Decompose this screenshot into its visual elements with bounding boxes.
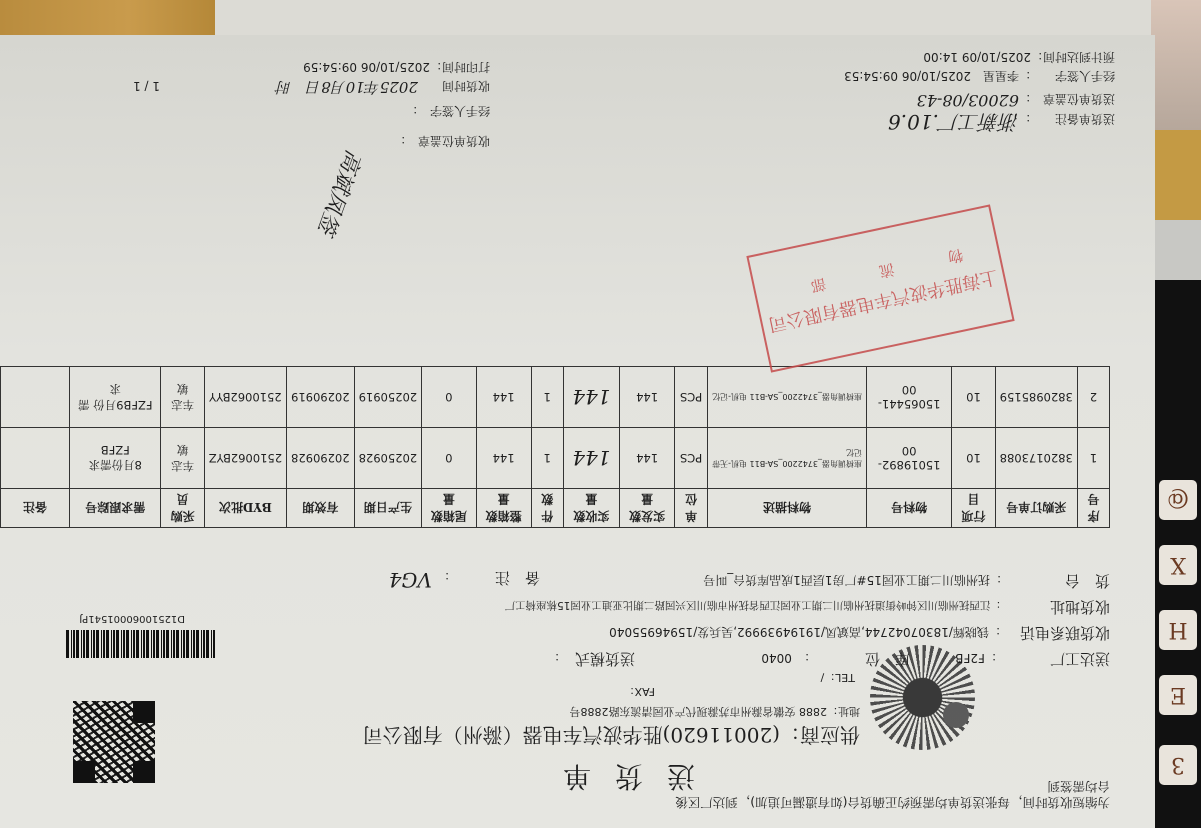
cell-unit: PCS xyxy=(675,428,708,489)
field-value: ：钱晓辉/18307042744,高斌凤/19194939992,吴兵发/159… xyxy=(609,625,1001,639)
supplier-tel: TEL：/ xyxy=(820,670,855,686)
cell-received-qty: 144 xyxy=(563,367,619,428)
col-header: 尾箱数量 xyxy=(422,489,476,528)
col-header: 采购订单号 xyxy=(995,489,1077,528)
cell-buyer: 车志敏 xyxy=(161,428,204,489)
cell-full-box-qty: 144 xyxy=(476,367,531,428)
cell-production-date: 20250928 xyxy=(354,428,422,489)
cell-buyer: 车志敏 xyxy=(161,367,204,428)
field-label: 收货地址 xyxy=(1050,598,1110,616)
field-location: 库 位 ： 0040 xyxy=(761,649,910,670)
footer-value: 浙新工厂.10.6 xyxy=(888,110,1019,134)
cell-line: 10 xyxy=(952,367,995,428)
footer-delivery-seal: 送货单位盖章 ：62003/08-43 xyxy=(917,91,1115,110)
cell-material: 15019892-00 xyxy=(867,428,952,489)
field-value: ： 0040 xyxy=(761,651,810,665)
cell-description: 座椅调角器_3742200_SA-B11 电机-无带记忆 xyxy=(708,428,867,489)
cell-full-box-qty: 144 xyxy=(476,428,531,489)
footer-eta: 预计到达时间：2025/10/09 14:00 xyxy=(923,49,1115,66)
cell-line: 10 xyxy=(952,428,995,489)
cell-pieces: 1 xyxy=(531,367,563,428)
col-header: 需求跟踪号 xyxy=(70,489,161,528)
footer-value: 2025年10月8日 时 xyxy=(276,78,418,96)
col-header: 实收数量 xyxy=(563,489,619,528)
field-label: 送货模式 xyxy=(575,650,635,668)
field-value: ： xyxy=(548,651,560,665)
footer-label: 预计到达时间 xyxy=(1043,50,1115,64)
cell-demand-tracking: FZFB9月份 需求 xyxy=(70,367,161,428)
field-label: 货 台 xyxy=(1065,572,1110,590)
cell-remark xyxy=(1,367,70,428)
field-label: 收货联系电话 xyxy=(1020,624,1110,642)
cell-tail-box-qty: 0 xyxy=(422,428,476,489)
cell-description: 座椅调角器_3742200_SA-B11 电机-记忆 xyxy=(708,367,867,428)
table-row: 1 3820173088 10 15019892-00 座椅调角器_374220… xyxy=(1,428,1110,489)
field-plant: 送达工厂 ：F2FB xyxy=(955,649,1110,670)
footer-label: 送货单备注 xyxy=(1055,112,1115,126)
col-header: 行项目 xyxy=(952,489,995,528)
background-paper xyxy=(215,0,1155,40)
cell-tail-box-qty: 0 xyxy=(422,367,476,428)
supplier: 供应商：(20011620)胜华波汽车电器（滁州）有限公司 xyxy=(363,722,860,751)
field-remark: 备 注 ： VG4 xyxy=(389,568,540,592)
footer-label: 经手人签字 xyxy=(430,104,490,118)
supplier-value: (20011620)胜华波汽车电器（滁州）有限公司 xyxy=(363,723,780,747)
mini-program-logo-icon xyxy=(943,702,969,728)
field-value: ：抚州临川二期工业园15#厂房1层西1成品库货台_叫号 xyxy=(703,573,1002,587)
field-label: 备 注 xyxy=(495,569,540,587)
cell-remark xyxy=(1,428,70,489)
supplier-address: 地址：2888 安徽省滁州市苏滁现代产业园清流东路2888号 xyxy=(570,704,860,720)
keyboard-key: X xyxy=(1159,545,1197,585)
footer-value: 2025/10/06 09:54:59 xyxy=(303,60,430,74)
cell-material: 15065441-00 xyxy=(867,367,952,428)
cell-index: 2 xyxy=(1077,367,1109,428)
col-header: BYD批次 xyxy=(204,489,286,528)
background-keyboard: @ X H E 3 xyxy=(1151,280,1201,828)
field-value: ：江西抚州临川区钟岭街道抚州临川二期工业园江西省抚州市临川区兴园路二期比亚迪工业… xyxy=(505,599,1001,611)
cell-expiry: 20290928 xyxy=(287,428,355,489)
cell-shipped-qty: 144 xyxy=(620,428,675,489)
col-header: 单位 xyxy=(675,489,708,528)
field-address: 收货地址 ：江西抚州临川区钟岭街道抚州临川二期工业园江西省抚州市临川区兴园路二期… xyxy=(505,597,1110,618)
field-label: 库 位 xyxy=(865,650,910,668)
background-wood xyxy=(0,0,215,35)
cell-production-date: 20250919 xyxy=(354,367,422,428)
field-delivery-mode: 送货模式 ： xyxy=(548,649,635,670)
col-header: 实发数量 xyxy=(620,489,675,528)
footer-delivery-remark: 送货单备注 ：浙新工厂.10.6 xyxy=(888,109,1115,138)
field-dock: 货 台 ：抚州临川二期工业园15#厂房1层西1成品库货台_叫号 xyxy=(703,571,1110,592)
keyboard-key: @ xyxy=(1159,480,1197,520)
cell-po: 3820985159 xyxy=(995,367,1077,428)
keyboard-key: 3 xyxy=(1159,745,1197,785)
col-header: 序号 xyxy=(1077,489,1109,528)
notice-line: 为缩短收货时间，每张送货单均需预约正确货台(如有遗漏可追加)，到达厂区後 xyxy=(675,794,1110,810)
col-header: 整箱数量 xyxy=(476,489,531,528)
keyboard-key: H xyxy=(1159,610,1197,650)
cell-shipped-qty: 144 xyxy=(620,367,675,428)
footer-handler: 经手人签字 ：李星星 2025/10/06 09:54:53 xyxy=(844,68,1115,85)
keyboard-key: E xyxy=(1159,675,1197,715)
cell-index: 1 xyxy=(1077,428,1109,489)
col-header: 备注 xyxy=(1,489,70,528)
footer-label: 经手人签字 xyxy=(1055,69,1115,83)
cell-byd-batch: 2510062BYZ xyxy=(204,428,286,489)
footer-value: 李星星 2025/10/06 09:54:53 xyxy=(844,69,1019,83)
delivery-note: 为缩短收货时间，每张送货单均需预约正确货台(如有遗漏可追加)，到达厂区後 台均需… xyxy=(0,35,1155,828)
notice-line: 台均需签到 xyxy=(675,778,1110,794)
supplier-label: 供应商： xyxy=(780,723,860,747)
barcode-icon xyxy=(65,630,215,658)
supplier-fax: FAX： xyxy=(624,684,655,700)
background-metal xyxy=(1151,220,1201,280)
footer-value: 62003/08-43 xyxy=(917,91,1019,110)
footer-receive-time: 收货时间 2025年10月8日 时 xyxy=(276,77,490,98)
footer-value: 2025/10/09 14:00 xyxy=(923,50,1031,64)
company-stamp: 上海胜华波汽车电器有限公司 物 流 部 xyxy=(746,204,1014,372)
footer-print-time: 打印时间：2025/10/06 09:54:59 xyxy=(303,59,490,76)
field-contact: 收货联系电话 ：钱晓辉/18307042744,高斌凤/19194939992,… xyxy=(609,623,1110,644)
background-building xyxy=(1151,0,1201,130)
field-value: ：F2FB xyxy=(955,651,997,665)
field-value: ： VG4 xyxy=(389,570,450,584)
items-table: 序号 采购订单号 行项目 物料号 物料描述 单位 实发数量 实收数量 件数 整箱… xyxy=(0,366,1110,528)
cell-expiry: 20290919 xyxy=(287,367,355,428)
delivery-note-content: 为缩短收货时间，每张送货单均需预约正确货台(如有遗漏可追加)，到达厂区後 台均需… xyxy=(0,35,1155,828)
qr-code-icon xyxy=(73,701,155,783)
background-wood-right xyxy=(1151,130,1201,220)
cell-demand-tracking: 8月份需求 FZFB xyxy=(70,428,161,489)
document-title: 送货单 xyxy=(539,758,695,798)
cell-pieces: 1 xyxy=(531,428,563,489)
col-header: 有效期 xyxy=(287,489,355,528)
footer-label: 收货单位盖章 xyxy=(418,134,490,148)
col-header: 生产日期 xyxy=(354,489,422,528)
field-label: 送达工厂 xyxy=(1050,650,1110,668)
col-header: 物料描述 xyxy=(708,489,867,528)
col-header: 件数 xyxy=(531,489,563,528)
footer-label: 打印时间 xyxy=(442,60,490,74)
cell-byd-batch: 2510062BYY xyxy=(204,367,286,428)
col-header: 物料号 xyxy=(867,489,952,528)
footer-label: 收货时间 xyxy=(442,79,490,93)
notice: 为缩短收货时间，每张送货单均需预约正确货台(如有遗漏可追加)，到达厂区後 台均需… xyxy=(675,778,1110,810)
cell-received-qty: 144 xyxy=(563,428,619,489)
barcode-text: D12510060001541PJ xyxy=(79,613,185,624)
col-header: 采购员 xyxy=(161,489,204,528)
footer-label: 送货单位盖章 xyxy=(1043,92,1115,106)
footer-receiver-sign: 经手人签字 ： xyxy=(406,103,490,120)
page-number: 1 / 1 xyxy=(133,79,160,93)
receiver-signature: 高斌凤签 xyxy=(311,146,370,239)
cell-unit: PCS xyxy=(675,367,708,428)
footer-receiver-seal: 收货单位盖章 ： xyxy=(394,133,490,150)
table-row: 2 3820985159 10 15065441-00 座椅调角器_374220… xyxy=(1,367,1110,428)
cell-po: 3820173088 xyxy=(995,428,1077,489)
table-header-row: 序号 采购订单号 行项目 物料号 物料描述 单位 实发数量 实收数量 件数 整箱… xyxy=(1,489,1110,528)
